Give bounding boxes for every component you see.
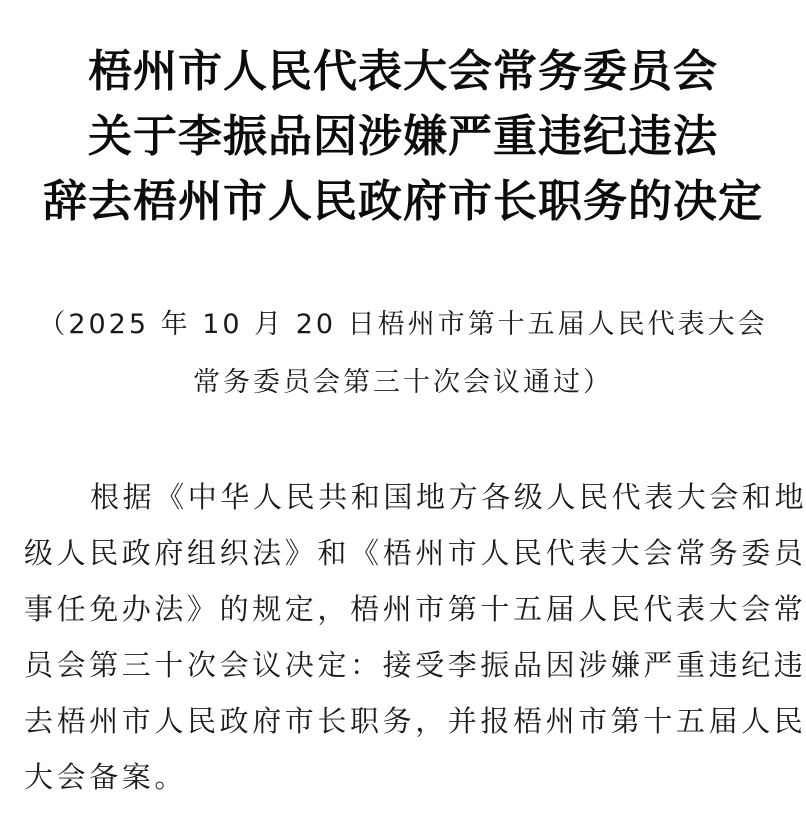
adoption-note-line-1: （2025 年 10 月 20 日梧州市第十五届人民代表大会 [0, 308, 806, 342]
body-paragraph-line-4: 员会第三十次会议决定：接受李振品因涉嫌严重违纪违法辞 [24, 646, 784, 684]
body-paragraph-line-5: 去梧州市人民政府市长职务，并报梧州市第十五届人民代表 [24, 702, 784, 740]
decision-document: 梧州市人民代表大会常务委员会 关于李振品因涉嫌严重违纪违法 辞去梧州市人民政府市… [0, 0, 806, 824]
body-paragraph-line-6: 大会备案。 [24, 758, 784, 796]
adoption-note-line-2: 常务委员会第三十次会议通过） [0, 366, 806, 400]
body-paragraph-line-2: 级人民政府组织法》和《梧州市人民代表大会常务委员会人 [24, 534, 784, 572]
document-title-line-3: 辞去梧州市人民政府市长职务的决定 [0, 176, 806, 228]
document-title-line-2: 关于李振品因涉嫌严重违纪违法 [0, 111, 806, 163]
body-paragraph-line-1: 根据《中华人民共和国地方各级人民代表大会和地方各 [90, 478, 784, 516]
document-title-line-1: 梧州市人民代表大会常务委员会 [0, 46, 806, 98]
body-paragraph-line-3: 事任免办法》的规定，梧州市第十五届人民代表大会常务委 [24, 590, 784, 628]
